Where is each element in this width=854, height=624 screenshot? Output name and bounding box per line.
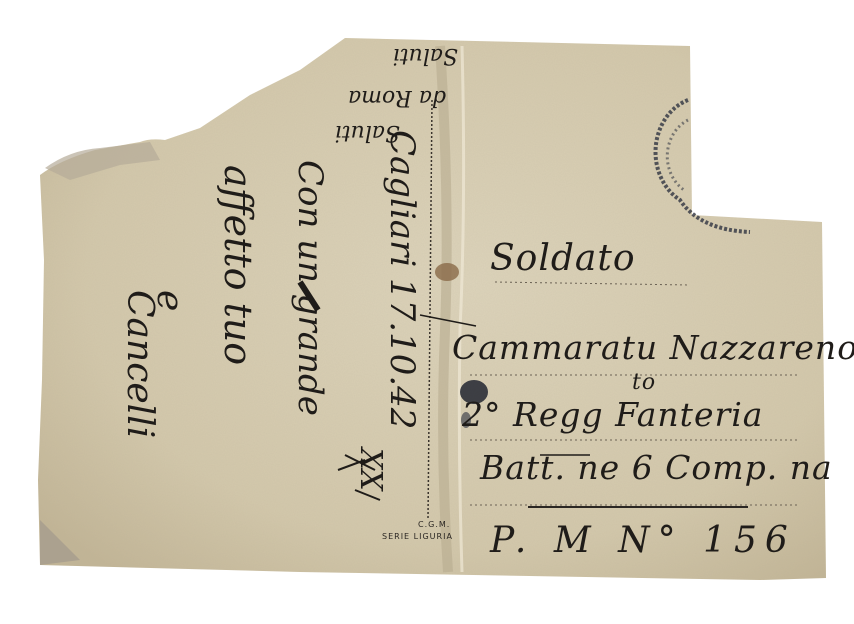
rust-stain [435, 263, 459, 281]
series-label: SERIE LIGURIA [382, 532, 453, 541]
message-line-place-date: Cagliari 17.10.42 [382, 130, 422, 429]
address-line-rank: Soldato [490, 238, 636, 279]
publisher-mark: C.G.M. [418, 520, 450, 529]
message-signature: Cancelli [119, 290, 160, 438]
address-line-battalion: Batt. ne 6 Comp. na [480, 448, 833, 487]
address-line-postal: P. M N° 156 [490, 520, 796, 561]
message-line-1: Con un grande [290, 160, 330, 416]
message-line-from-rome: da Roma [348, 85, 446, 110]
fold-crease [440, 46, 448, 572]
address-line-regiment: 2° Regg Fanteria [462, 395, 763, 434]
message-line-greeting-top: Saluti [393, 43, 458, 68]
message-line-fascist-year: XX [353, 448, 388, 491]
address-line-name: Cammaratu Nazzareno [452, 328, 854, 367]
address-line-superscript: to [632, 370, 656, 395]
message-line-2: affetto tuo [216, 165, 260, 365]
